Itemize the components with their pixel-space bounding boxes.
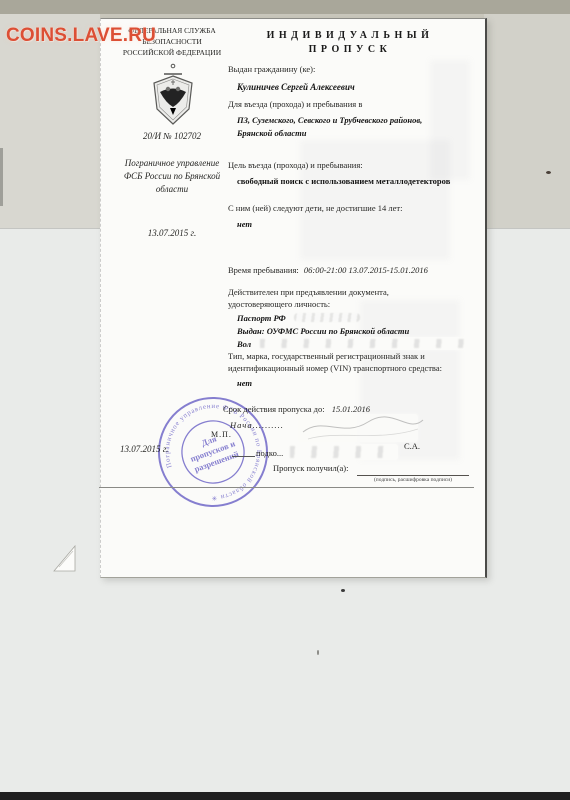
stay-time-label: Время пребывания: (228, 265, 299, 275)
valid-doc-label-line2: удостоверяющего личность: (228, 300, 330, 310)
seal-place-mark: М.П. (211, 430, 232, 439)
show-through-artifact (300, 140, 450, 260)
scan-background-right (484, 14, 570, 228)
entry-label: Для въезда (прохода) и пребывания в (228, 100, 362, 110)
doc-line2: Выдан: ОУФМС России по Брянской области (237, 327, 409, 337)
signer-initials: С.А. (404, 442, 420, 452)
form-horizontal-rule (99, 487, 474, 488)
vehicle-value: нет (237, 379, 252, 389)
scan-edge-artifact (0, 148, 3, 206)
received-label: Пропуск получил(а): (273, 464, 349, 474)
rank-fragment: подко... (256, 449, 283, 459)
show-through-artifact (430, 60, 470, 180)
stay-time-row: Время пребывания: 06:00-21:00 13.07.2015… (228, 266, 428, 276)
vehicle-label-line1: Тип, марка, государственный регистрацион… (228, 352, 425, 362)
scan-bottom-edge (0, 792, 570, 800)
scan-speck (546, 171, 551, 174)
vehicle-label-line2: идентификационный номер (VIN) транспортн… (228, 364, 442, 374)
issuer-department-line: ФСБ России по Брянской (107, 171, 237, 181)
scan-background-top (0, 0, 570, 14)
scanned-document-page: ФЕДЕРАЛЬНАЯ СЛУЖБА БЕЗОПАСНОСТИ РОССИЙСК… (0, 0, 570, 800)
redaction-whiteout (286, 444, 398, 460)
entry-value-line2: Брянской области (237, 129, 307, 139)
valid-doc-label-line1: Действителен при предъявлении документа, (228, 288, 389, 298)
scan-speck (341, 589, 345, 592)
form-dash-line (232, 456, 255, 457)
document-title-line1: ИНДИВИДУАЛЬНЫЙ (225, 30, 475, 42)
received-caption: (подпись, расшифровка подписи) (357, 477, 469, 483)
recipient-signature-line (357, 475, 469, 476)
site-watermark: COINS.LAVE.RU (6, 26, 156, 45)
children-value: нет (237, 220, 252, 230)
issuer-department-line: Пограничное управление (107, 158, 237, 168)
purpose-label: Цель въезда (прохода) и пребывания: (228, 161, 363, 171)
purpose-value: свободный поиск с использованием металло… (237, 177, 450, 187)
doc-line1: Паспорт РФ (237, 314, 286, 324)
redaction-smudge (294, 313, 360, 322)
folded-corner (50, 543, 80, 575)
issuer-org-line: РОССИЙСКОЙ ФЕДЕРАЦИИ (107, 49, 237, 58)
fsb-emblem-icon (142, 62, 204, 130)
stay-time-value: 06:00-21:00 13.07.2015-15.01.2016 (304, 265, 428, 275)
doc-line3-fragment: Вол (237, 340, 251, 350)
redaction-whiteout (256, 337, 468, 350)
children-label: С ним (ней) следуют дети, не достигшие 1… (228, 204, 402, 214)
scan-speck (317, 650, 319, 655)
document-title-line2: ПРОПУСК (225, 44, 475, 56)
entry-value-line1: ПЗ, Суземского, Севского и Трубчевского … (237, 116, 422, 126)
sign-date: 13.07.2015 г. (120, 444, 168, 454)
scan-background-left (0, 14, 100, 228)
chief-title-fragment: Нача.......... (230, 421, 284, 431)
issued-to-value: Кулиничев Сергей Алексеевич (237, 82, 355, 92)
issued-to-label: Выдан гражданину (ке): (228, 65, 315, 75)
issue-date: 13.07.2015 г. (107, 228, 237, 238)
pass-number: 20/И № 102702 (107, 131, 237, 141)
issuer-department-line: области (107, 184, 237, 194)
